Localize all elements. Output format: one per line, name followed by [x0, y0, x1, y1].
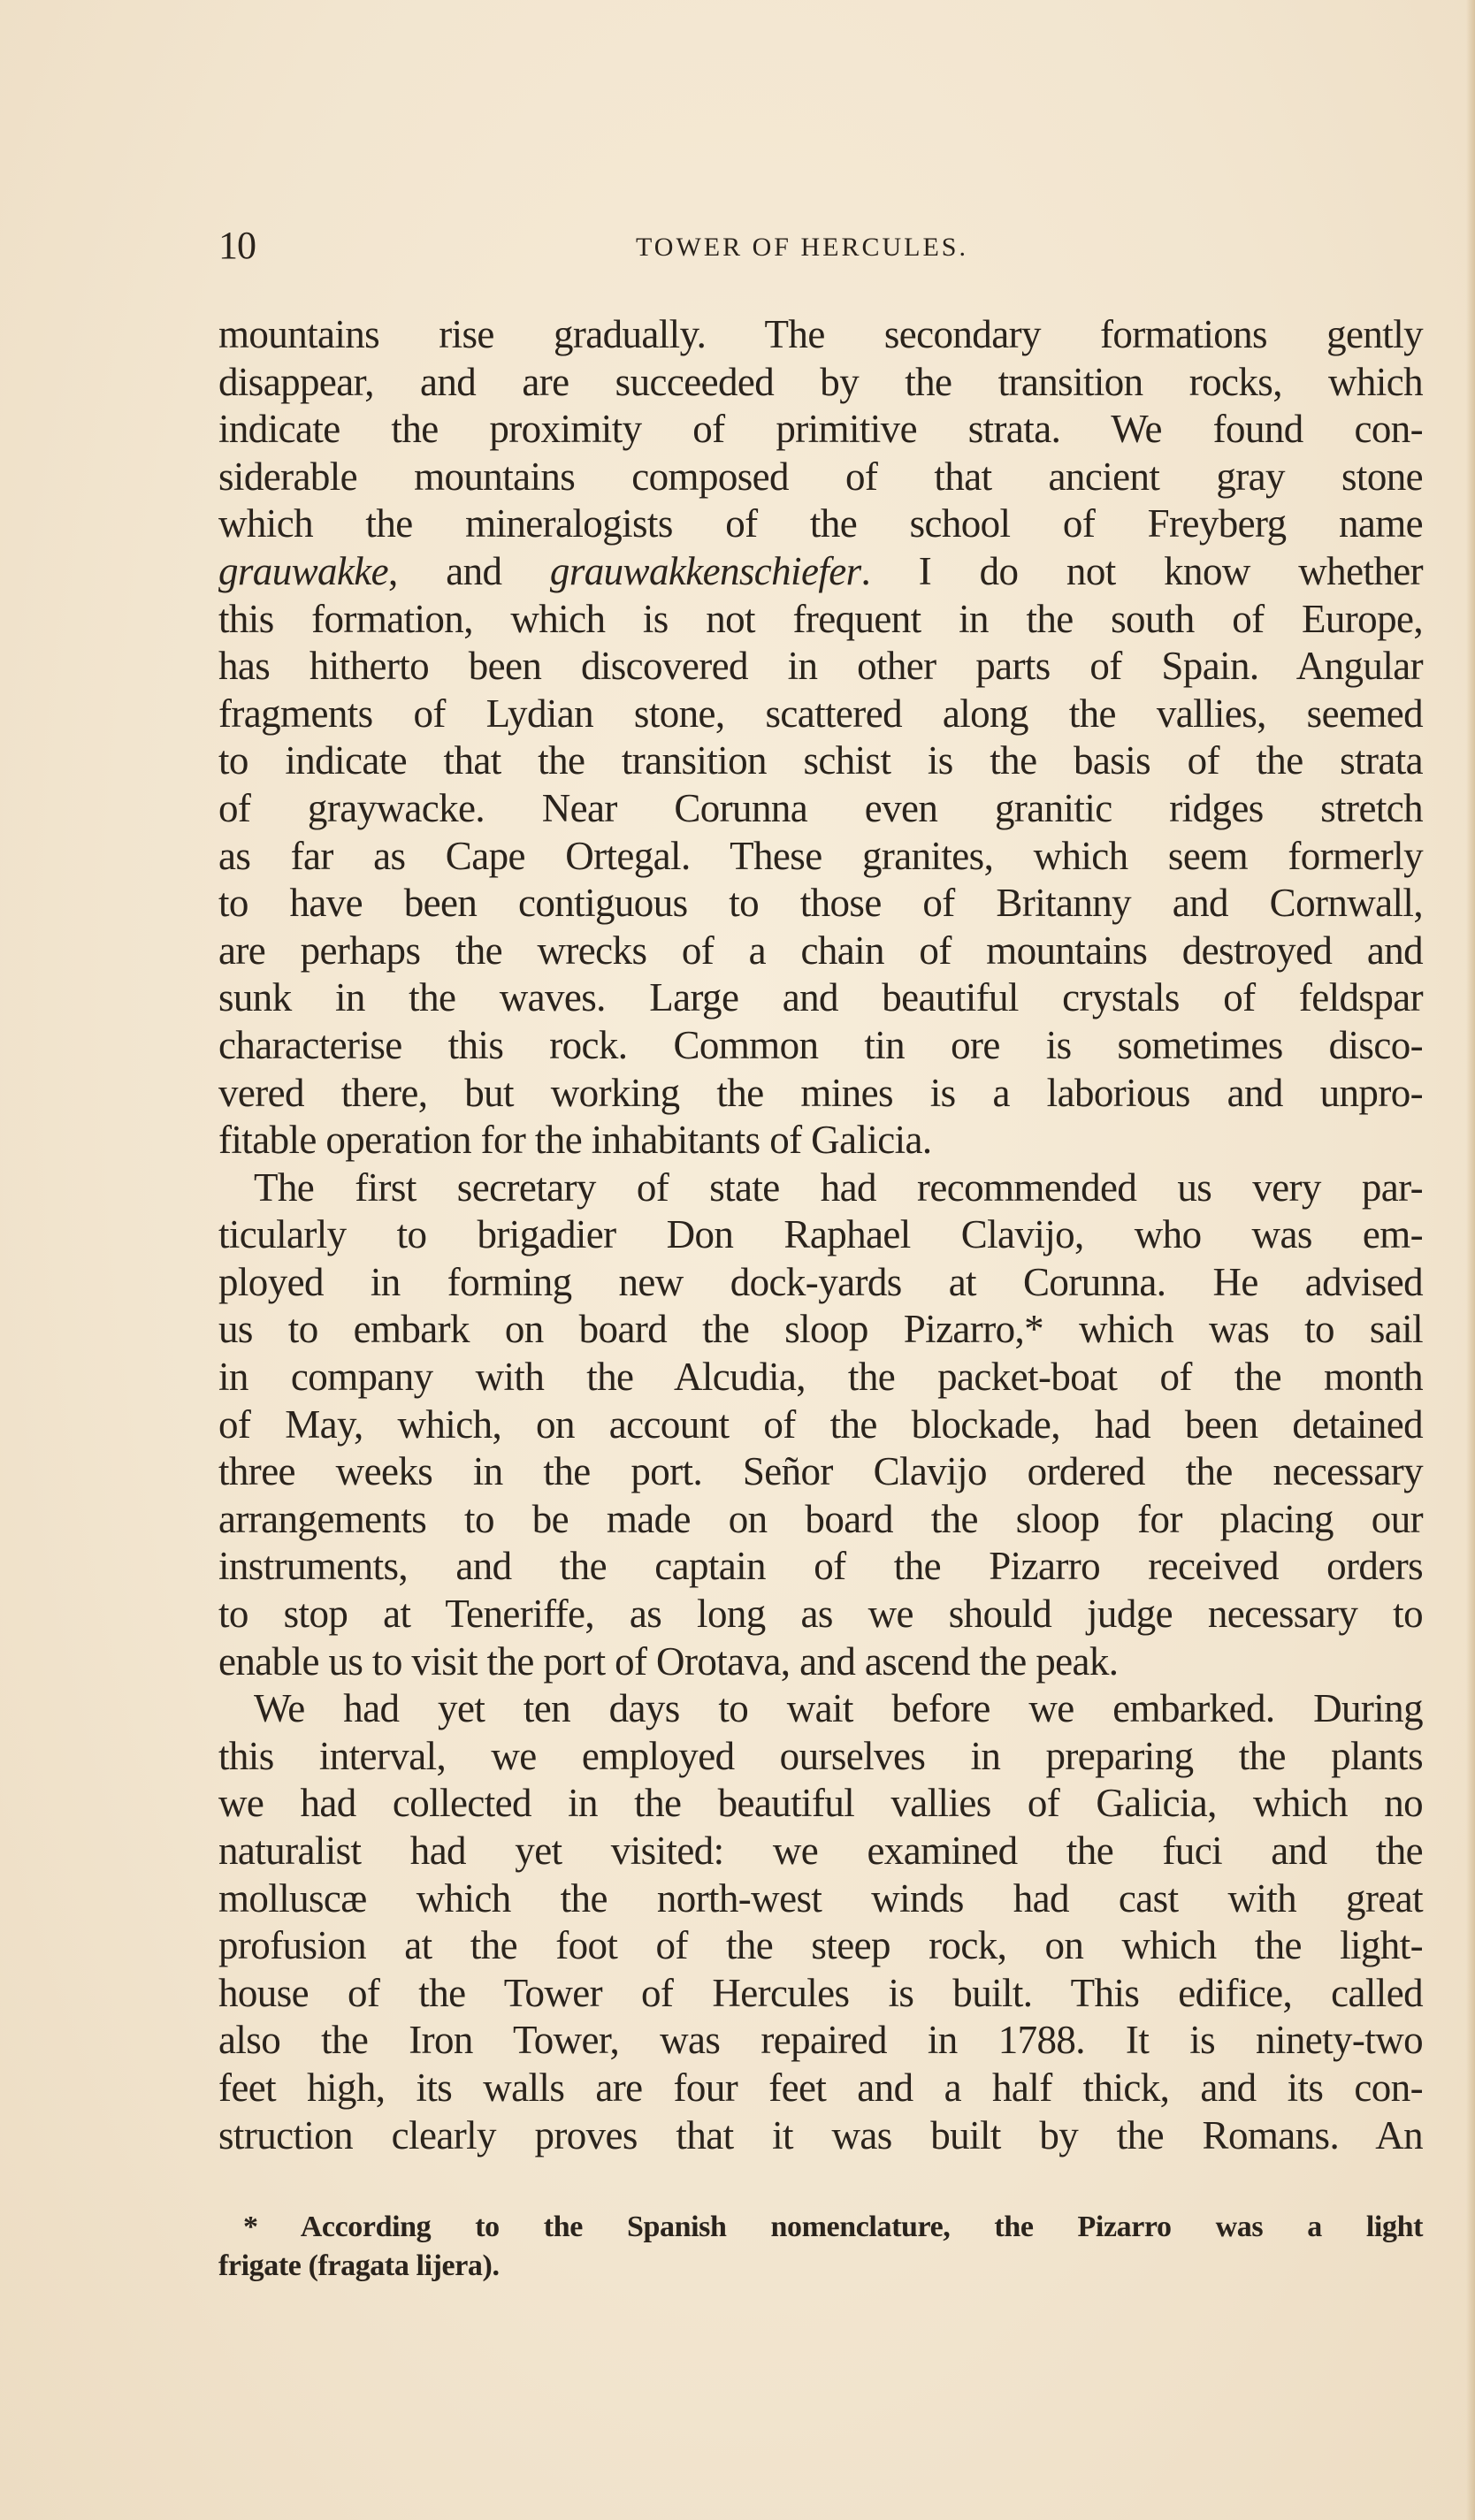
text-line-paragraph-start: The first secretary of state had recomme…: [218, 1165, 1423, 1212]
text-line: struction clearly proves that it was bui…: [218, 2112, 1423, 2160]
text-line: ployed in forming new dock-yards at Coru…: [218, 1259, 1423, 1307]
text-line: sunk in the waves. Large and beautiful c…: [218, 974, 1423, 1022]
text-line: indicate the proximity of primitive stra…: [218, 406, 1423, 454]
text-line: arrangements to be made on board the slo…: [218, 1496, 1423, 1544]
italic-term: grauwakke: [218, 549, 388, 593]
text-line: siderable mountains composed of that anc…: [218, 454, 1423, 501]
footnote-line: * According to the Spanish nomenclature,…: [218, 2208, 1423, 2247]
text-line: three weeks in the port. Señor Clavijo o…: [218, 1448, 1423, 1496]
running-head: 10 TOWER OF HERCULES.: [218, 219, 1421, 272]
text-line: to stop at Teneriffe, as long as we shou…: [218, 1591, 1423, 1638]
text-line: naturalist had yet visited: we examined …: [218, 1828, 1423, 1875]
text-line: this interval, we employed ourselves in …: [218, 1733, 1423, 1781]
text-line: vered there, but working the mines is a …: [218, 1070, 1423, 1118]
text-line: ticularly to brigadier Don Raphael Clavi…: [218, 1211, 1423, 1259]
text-line: in company with the Alcudia, the packet-…: [218, 1354, 1423, 1401]
text-line: characterise this rock. Common tin ore i…: [218, 1022, 1423, 1070]
text-line: are perhaps the wrecks of a chain of mou…: [218, 928, 1423, 975]
text-line: to indicate that the transition schist i…: [218, 737, 1423, 785]
text-fragment: . I do not know whether: [861, 549, 1423, 593]
text-line: this formation, which is not frequent in…: [218, 596, 1423, 644]
body-text: mountains rise gradually. The secondary …: [218, 311, 1423, 2159]
text-line: disappear, and are succeeded by the tran…: [218, 359, 1423, 407]
text-line: of graywacke. Near Corunna even granitic…: [218, 785, 1423, 833]
text-line: has hitherto been discovered in other pa…: [218, 643, 1423, 691]
text-line: to have been contiguous to those of Brit…: [218, 880, 1423, 928]
text-line: us to embark on board the sloop Pizarro,…: [218, 1306, 1423, 1354]
text-fragment: , and: [388, 549, 550, 593]
text-line: mountains rise gradually. The secondary …: [218, 311, 1423, 359]
text-line: of May, which, on account of the blockad…: [218, 1401, 1423, 1449]
text-line: enable us to visit the port of Orotava, …: [218, 1638, 1423, 1686]
text-line: which the mineralogists of the school of…: [218, 500, 1423, 548]
text-line: also the Iron Tower, was repaired in 178…: [218, 2017, 1423, 2065]
text-line: profusion at the foot of the steep rock,…: [218, 1922, 1423, 1970]
text-line: house of the Tower of Hercules is built.…: [218, 1970, 1423, 2018]
text-line: instruments, and the captain of the Piza…: [218, 1543, 1423, 1591]
page-edge-shadow: [1466, 0, 1475, 2520]
text-line: feet high, its walls are four feet and a…: [218, 2065, 1423, 2112]
running-title: TOWER OF HERCULES.: [218, 223, 1421, 272]
italic-term: grauwakkenschiefer: [550, 549, 861, 593]
text-line-paragraph-start: We had yet ten days to wait before we em…: [218, 1685, 1423, 1733]
footnote-line: frigate (fragata lijera).: [218, 2247, 1423, 2286]
text-line: fragments of Lydian stone, scattered alo…: [218, 691, 1423, 738]
text-line-with-italics: grauwakke, and grauwakkenschiefer. I do …: [218, 548, 1423, 596]
text-line: we had collected in the beautiful vallie…: [218, 1780, 1423, 1828]
text-line: molluscæ which the north-west winds had …: [218, 1875, 1423, 1923]
text-line: fitable operation for the inhabitants of…: [218, 1117, 1423, 1165]
footnote: * According to the Spanish nomenclature,…: [218, 2208, 1423, 2286]
text-line: as far as Cape Ortegal. These granites, …: [218, 833, 1423, 881]
